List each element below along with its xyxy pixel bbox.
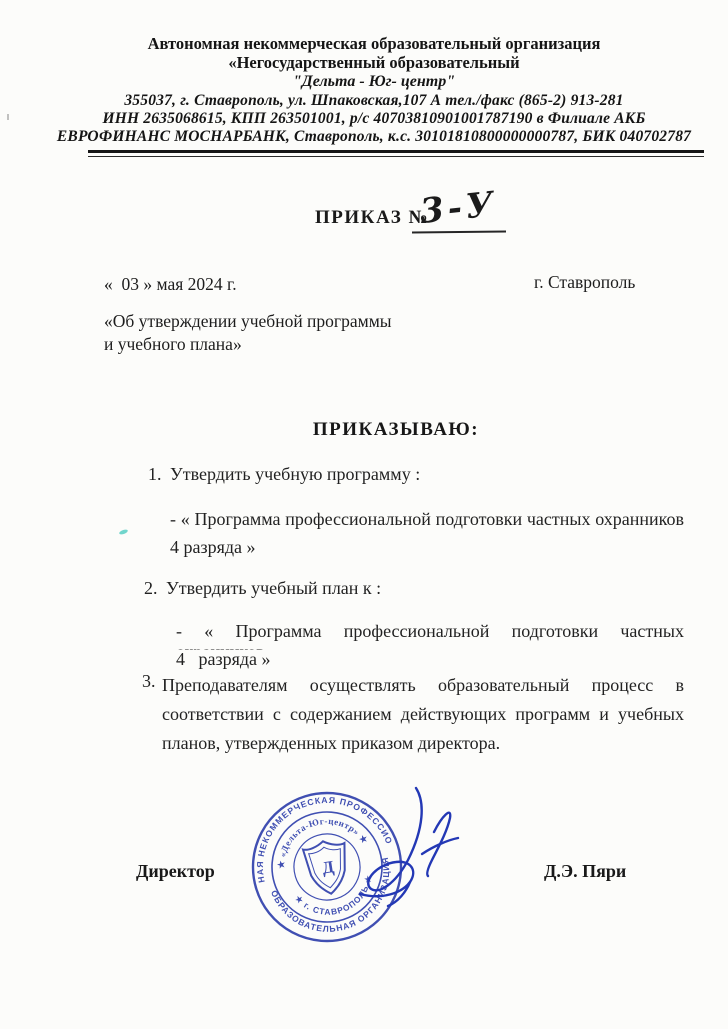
org-name-line2: «Негосударственный образовательный: [34, 53, 714, 72]
order-number-handwritten: 3-У: [418, 184, 499, 232]
order-number-underline: [412, 231, 506, 234]
order-document-page: Автономная некоммерческая образовательны…: [0, 0, 728, 1029]
decree-heading: ПРИКАЗЫВАЮ:: [146, 419, 646, 441]
decree-item-1-subline: - « Программа профессиональной подготовк…: [170, 509, 684, 538]
decree-item-2-subline2: 4 разряда »: [176, 649, 271, 670]
order-date: « 03 » мая 2024 г.: [104, 274, 237, 295]
director-label: Директор: [136, 861, 215, 882]
decree-item-1: 1. Утвердить учебную программу :: [148, 464, 684, 485]
org-inn-line: ИНН 2635068615, КПП 263501001, р/с 40703…: [34, 110, 714, 128]
scan-speck: [7, 114, 9, 120]
signature-svg: [330, 780, 480, 920]
director-name: Д.Э. Пяри: [544, 861, 626, 882]
org-address-line: 355037, г. Ставрополь, ул. Шпаковская,10…: [34, 92, 714, 110]
item-text: Утвердить учебный план к :: [166, 578, 684, 599]
decree-item-1-subline2: 4 разряда »: [170, 537, 256, 558]
order-city: г. Ставрополь: [534, 272, 635, 293]
director-signature: [330, 780, 480, 920]
order-title-label: ПРИКАЗ №: [315, 207, 429, 229]
item-text: Утвердить учебную программу :: [170, 464, 684, 485]
item-number: 1.: [148, 464, 162, 485]
item-number: 3.: [142, 671, 156, 692]
item3-line2: соответствии с содержанием действующих п…: [162, 700, 684, 729]
item3-line3: планов, утвержденных приказом директора.: [162, 729, 684, 758]
letterhead: Автономная некоммерческая образовательны…: [34, 34, 714, 147]
item-number: 2.: [144, 578, 158, 599]
scan-artifact: [119, 529, 129, 536]
order-subject-line2: и учебного плана»: [104, 334, 242, 355]
decree-item-3: 3. Преподавателям осуществлять образоват…: [142, 671, 684, 758]
org-name-line1: Автономная некоммерческая образовательны…: [34, 34, 714, 53]
item3-line1: Преподавателям осуществлять образователь…: [162, 671, 684, 700]
letterhead-rule-thin: [88, 156, 704, 157]
order-subject-line1: «Об утверждении учебной программы: [104, 311, 392, 332]
decree-item-2-subline: - « Программа профессиональной подготовк…: [176, 621, 684, 650]
org-name-line3: "Дельта - Юг- центр": [34, 73, 714, 92]
letterhead-rule-thick: [88, 150, 704, 153]
org-bank-line: ЕВРОФИНАНС МОСНАРБАНК, Ставрополь, к.с. …: [34, 128, 714, 146]
decree-item-2: 2. Утвердить учебный план к :: [144, 578, 684, 599]
item-text: Преподавателям осуществлять образователь…: [162, 671, 684, 758]
